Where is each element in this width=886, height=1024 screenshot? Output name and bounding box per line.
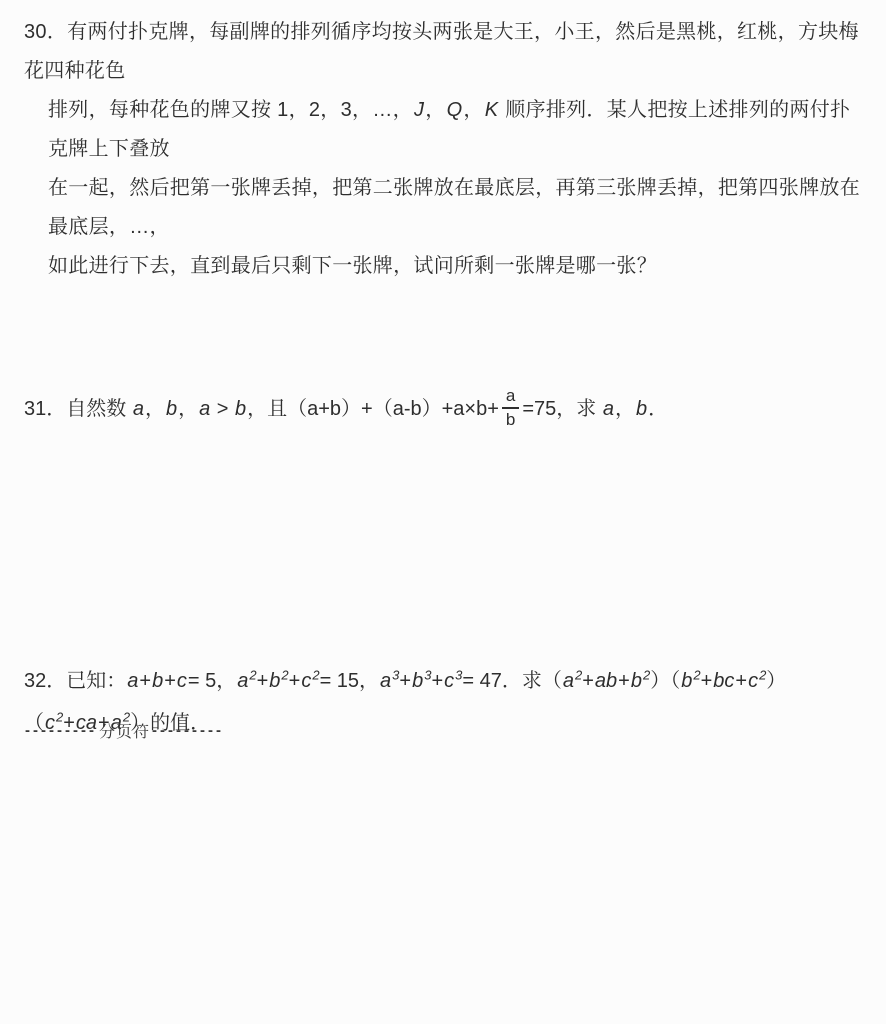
problem-30-line-1: 30．有两付扑克牌，每副牌的排列循序均按头两张是大王，小王，然后是黑桃，红桃，方…	[24, 13, 870, 91]
math-superscript: 3	[455, 667, 462, 682]
math-superscript: 2	[281, 667, 288, 682]
math-variable: a	[236, 670, 249, 692]
math-variable: J	[413, 99, 425, 121]
problem-30-line-3: 在一起，然后把第一张牌丢掉，把第二张牌放在最底层，再第三张牌丢掉，把第四张牌放在…	[24, 169, 870, 247]
math-variable: a	[562, 670, 575, 692]
math-variable: b	[234, 398, 247, 420]
math-superscript: 2	[759, 667, 766, 682]
fraction-denominator: b	[502, 409, 519, 430]
math-variable: c	[443, 670, 455, 692]
page-break-marker: --------- 分页符 ---------	[25, 719, 224, 742]
math-variable: Q	[446, 99, 464, 121]
math-variable: a	[132, 398, 145, 420]
math-variable: K	[484, 99, 500, 121]
problem-31-line-1: 31．自然数 a，b，a > b，且（a+b）+（a-b）+a×b+ab=75，…	[24, 381, 870, 437]
math-variable: c	[300, 670, 312, 692]
problem-31: 31．自然数 a，b，a > b，且（a+b）+（a-b）+a×b+ab=75，…	[24, 381, 870, 437]
math-superscript: 2	[575, 667, 582, 682]
math-variable: c	[747, 670, 759, 692]
math-variable: bc	[712, 670, 735, 692]
math-superscript: 3	[392, 667, 399, 682]
math-variable: a	[602, 398, 615, 420]
worksheet-page: 30．有两付扑克牌，每副牌的排列循序均按头两张是大王，小王，然后是黑桃，红桃，方…	[0, 0, 886, 1024]
math-variable: b	[635, 398, 648, 420]
math-variable: a	[126, 670, 139, 692]
page-break-trailing-dashes: ---------	[152, 722, 224, 739]
problem-30-line-2: 排列，每种花色的牌又按 1，2，3，…，J，Q，K 顺序排列．某人把按上述排列的…	[24, 91, 870, 169]
problem-30-line-4: 如此进行下去，直到最后只剩下一张牌，试问所剩一张牌是哪一张？	[24, 247, 870, 286]
page-break-label: 分页符	[97, 719, 152, 742]
math-superscript: 2	[643, 667, 650, 682]
math-variable: b	[680, 670, 693, 692]
page-break-leading-dashes: ---------	[25, 722, 97, 739]
math-variable: b	[411, 670, 424, 692]
math-variable: b	[151, 670, 164, 692]
math-variable: a	[198, 398, 211, 420]
math-variable: a	[379, 670, 392, 692]
math-superscript: 3	[424, 667, 431, 682]
math-variable: b	[630, 670, 643, 692]
fraction-numerator: a	[502, 386, 519, 409]
math-variable: b	[165, 398, 178, 420]
math-variable: ab	[594, 670, 618, 692]
math-fraction: ab	[502, 386, 519, 429]
math-variable: c	[176, 670, 188, 692]
math-superscript: 2	[693, 667, 700, 682]
math-superscript: 2	[249, 667, 256, 682]
math-variable: b	[268, 670, 281, 692]
math-superscript: 2	[312, 667, 319, 682]
problem-30: 30．有两付扑克牌，每副牌的排列循序均按头两张是大王，小王，然后是黑桃，红桃，方…	[24, 13, 870, 286]
